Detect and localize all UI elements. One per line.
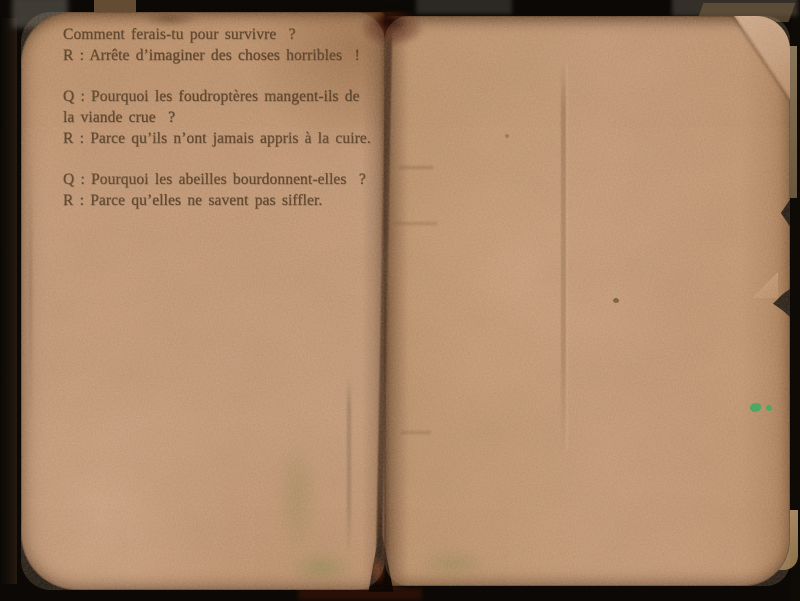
text-line: Q : Pourquoi les foudroptères mangent-il… — [63, 86, 385, 107]
page-text: Comment ferais-tu pour survivre ?R : Arr… — [63, 24, 385, 231]
paragraph: Q : Pourquoi les foudroptères mangent-il… — [63, 86, 385, 149]
torn-edge-flap — [752, 272, 778, 298]
text-line: R : Arrête d’imaginer des choses horribl… — [63, 45, 385, 66]
green-stain — [766, 405, 772, 411]
green-stain — [750, 403, 761, 412]
page-right[interactable] — [385, 16, 790, 586]
page-crease — [561, 64, 566, 450]
paragraph: Comment ferais-tu pour survivre ?R : Arr… — [63, 24, 385, 66]
moss-stain — [276, 440, 318, 552]
text-line: Q : Pourquoi les abeilles bourdonnent-el… — [63, 169, 385, 190]
cover-edge-left — [0, 18, 17, 584]
page-crease — [395, 222, 437, 225]
torn-edge-notch — [779, 198, 790, 228]
text-line: R : Parce qu’elles ne savent pas siffler… — [63, 190, 385, 211]
moss-stain — [415, 548, 489, 580]
page-crease — [401, 431, 431, 434]
page-left[interactable]: Comment ferais-tu pour survivre ?R : Arr… — [21, 12, 385, 590]
text-line: R : Parce qu’ils n’ont jamais appris à l… — [63, 128, 385, 149]
page-crease — [399, 166, 433, 169]
book-spread[interactable]: Comment ferais-tu pour survivre ?R : Arr… — [0, 0, 800, 601]
text-line: la viande crue ? — [63, 107, 385, 128]
ink-speck — [505, 134, 509, 138]
background-patch — [416, 0, 512, 14]
page-crease — [347, 378, 351, 556]
page-crease — [29, 152, 32, 422]
moss-stain — [289, 550, 353, 586]
paragraph: Q : Pourquoi les abeilles bourdonnent-el… — [63, 169, 385, 211]
ink-speck — [613, 298, 619, 303]
text-line: Comment ferais-tu pour survivre ? — [63, 24, 385, 45]
